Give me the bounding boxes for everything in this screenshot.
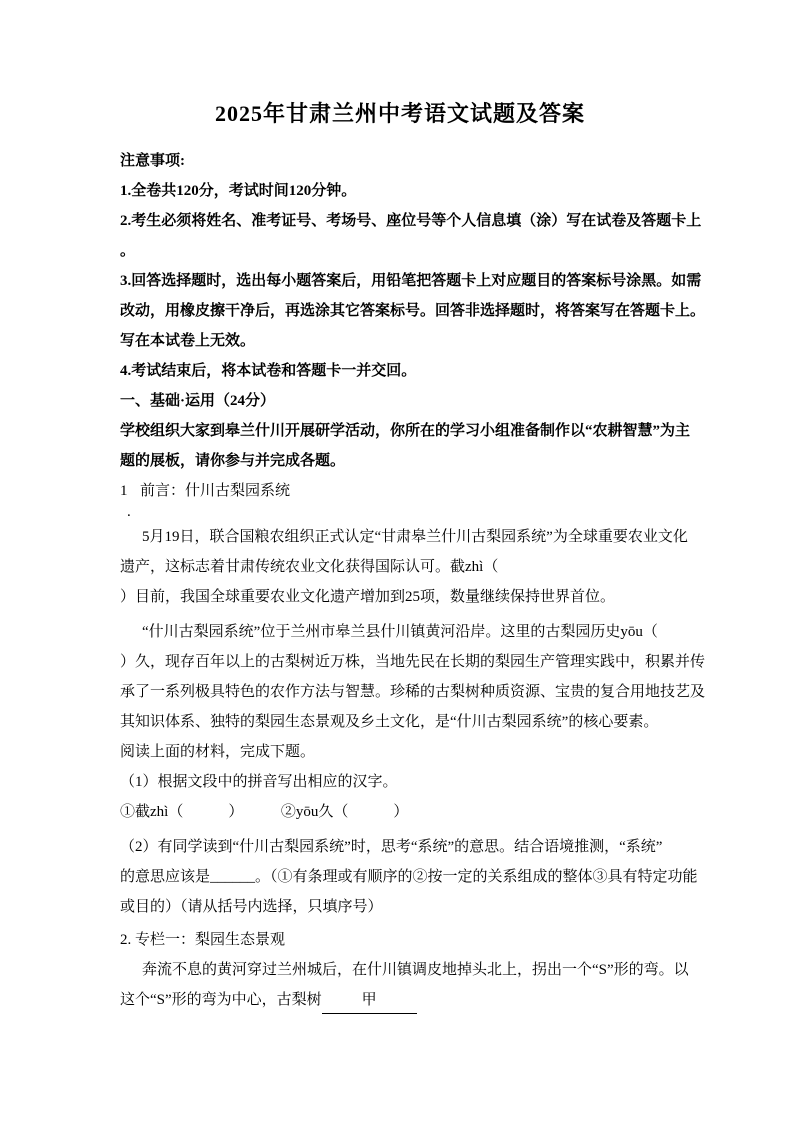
item-1-para-2-line-4: 其知识体系、独特的梨园生态景观及乡土文化，是“什川古梨园系统”的核心要素。 bbox=[120, 707, 680, 737]
section-heading: 一、基础·运用（24分） bbox=[120, 386, 680, 416]
item-1-q2-line-1: （2）有同学读到“什川古梨园系统”时，思考“系统”的意思。结合语境推测，“系统” bbox=[120, 832, 680, 862]
item-1-para-2-line-3: 承了一系列极具特色的农作方法与智慧。珍稀的古梨树种质资源、宝贵的复合用地技艺及 bbox=[120, 677, 680, 707]
item-1-read-prompt: 阅读上面的材料，完成下题。 bbox=[120, 737, 680, 767]
item-1-para-1-line-2: 遗产，这标志着甘肃传统农业文化获得国际认可。截zhì（ bbox=[120, 552, 680, 582]
item-1-para-2-line-2: ）久，现存百年以上的古梨树近万株，当地先民在长期的梨园生产管理实践中，积累并传 bbox=[120, 647, 680, 677]
notice-line-2-wrap: 。 bbox=[120, 236, 680, 266]
item-1-heading: 1 . 前言：什川古梨园系统 bbox=[120, 476, 680, 522]
item-2-para-line-2: 这个“S”形的弯为中心，古梨树甲 bbox=[120, 985, 680, 1015]
item-2-para-line-1: 奔流不息的黄河穿过兰州城后，在什川镇调皮地掉头北上，拐出一个“S”形的弯。以 bbox=[120, 955, 680, 985]
page-title: 2025年甘肃兰州中考语文试题及答案 bbox=[120, 96, 680, 132]
item-2-fill-blank: 甲 bbox=[322, 987, 417, 1014]
notice-line-4: 4.考试结束后，将本试卷和答题卡一并交回。 bbox=[120, 356, 680, 386]
section-intro-line-1: 学校组织大家到皋兰什川开展研学活动，你所在的学习小组准备制作以“农耕智慧”为主 bbox=[120, 416, 680, 446]
document-content: 2025年甘肃兰州中考语文试题及答案 注意事项: 1.全卷共120分，考试时间1… bbox=[120, 96, 680, 1015]
item-1-label: 前言：什川古梨园系统 bbox=[140, 476, 290, 506]
item-1-para-1-line-1: 5月19日，联合国粮农组织正式认定“甘肃皋兰什川古梨园系统”为全球重要农业文化 bbox=[120, 522, 680, 552]
item-1-q1-prompt: （1）根据文段中的拼音写出相应的汉字。 bbox=[120, 767, 680, 797]
item-2-label: 2. 专栏一：梨园生态景观 bbox=[120, 925, 680, 955]
item-1-q2-line-2: 的意思应该是______。（①有条理或有顺序的②按一定的关系组成的整体③具有特定… bbox=[120, 862, 680, 892]
exam-document-page: 2025年甘肃兰州中考语文试题及答案 注意事项: 1.全卷共120分，考试时间1… bbox=[0, 0, 794, 1123]
notice-heading: 注意事项: bbox=[120, 146, 680, 176]
notice-line-1: 1.全卷共120分，考试时间120分钟。 bbox=[120, 176, 680, 206]
section-intro-line-2: 题的展板，请你参与并完成各题。 bbox=[120, 446, 680, 476]
notice-line-3-wrap-b: 写在本试卷上无效。 bbox=[120, 326, 680, 356]
item-1-q1-blanks: ①截zhì（ ） ②yōu久（ ） bbox=[120, 797, 680, 827]
item-1-para-1-line-3: ）目前，我国全球重要农业文化遗产增加到25项，数量继续保持世界首位。 bbox=[120, 582, 680, 612]
notice-line-3-wrap-a: 改动，用橡皮擦干净后，再选涂其它答案标号。回答非选择题时，将答案写在答题卡上。 bbox=[120, 296, 680, 326]
notice-line-2: 2.考生必须将姓名、准考证号、考场号、座位号等个人信息填（涂）写在试卷及答题卡上 bbox=[120, 206, 680, 236]
item-1-para-2-line-1: “什川古梨园系统”位于兰州市皋兰县什川镇黄河沿岸。这里的古梨园历史yōu（ bbox=[120, 617, 680, 647]
item-1-q2-line-3: 或目的）（请从括号内选择，只填序号） bbox=[120, 892, 680, 922]
item-1-number: 1 . bbox=[120, 476, 140, 518]
notice-line-3: 3.回答选择题时，选出每小题答案后，用铅笔把答题卡上对应题目的答案标号涂黑。如需 bbox=[120, 266, 680, 296]
item-2-para-line-2-text: 这个“S”形的弯为中心，古梨树 bbox=[120, 992, 322, 1008]
